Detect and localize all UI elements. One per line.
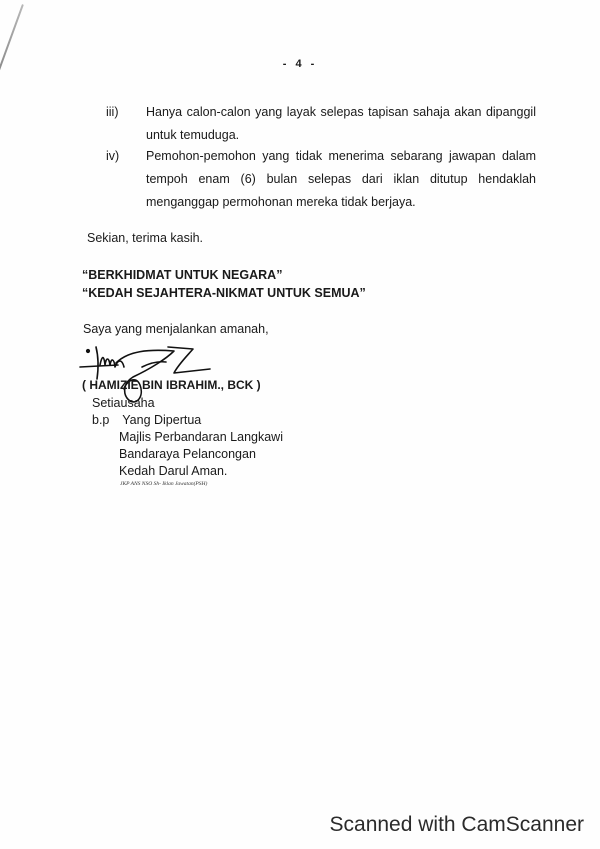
file-reference: JKP ANS NSO Sh- Iklan Jawatan(PSH)	[120, 481, 207, 487]
on-behalf-line: b.p Yang Dipertua	[92, 412, 201, 429]
on-behalf-role: Yang Dipertua	[122, 413, 201, 427]
motto-line: “KEDAH SEJAHTERA-NIKMAT UNTUK SEMUA”	[82, 286, 366, 300]
organization-line: Bandaraya Pelancongan	[119, 446, 256, 463]
motto-line: “BERKHIDMAT UNTUK NEGARA”	[82, 268, 282, 282]
list-item: iii) Hanya calon-calon yang layak selepa…	[106, 101, 536, 147]
organization-line: Majlis Perbandaran Langkawi	[119, 429, 283, 446]
list-item: iv) Pemohon-pemohon yang tidak menerima …	[106, 145, 536, 214]
list-marker: iv)	[106, 145, 140, 168]
list-item-text: Pemohon-pemohon yang tidak menerima seba…	[146, 145, 536, 214]
list-item-text: Hanya calon-calon yang layak selepas tap…	[146, 101, 536, 147]
organization-line: Kedah Darul Aman.	[119, 463, 227, 480]
trust-statement: Saya yang menjalankan amanah,	[83, 322, 269, 336]
on-behalf-prefix: b.p	[92, 412, 119, 429]
list-marker: iii)	[106, 101, 140, 124]
signatory-title: Setiausaha	[92, 395, 155, 412]
closing-remark: Sekian, terima kasih.	[87, 231, 203, 245]
document-page: - 4 - iii) Hanya calon-calon yang layak …	[0, 0, 600, 849]
scanner-watermark: Scanned with CamScanner	[330, 813, 584, 837]
signatory-name: ( HAMIZIE BIN IBRAHIM., BCK )	[82, 378, 261, 392]
page-number: - 4 -	[0, 58, 600, 70]
